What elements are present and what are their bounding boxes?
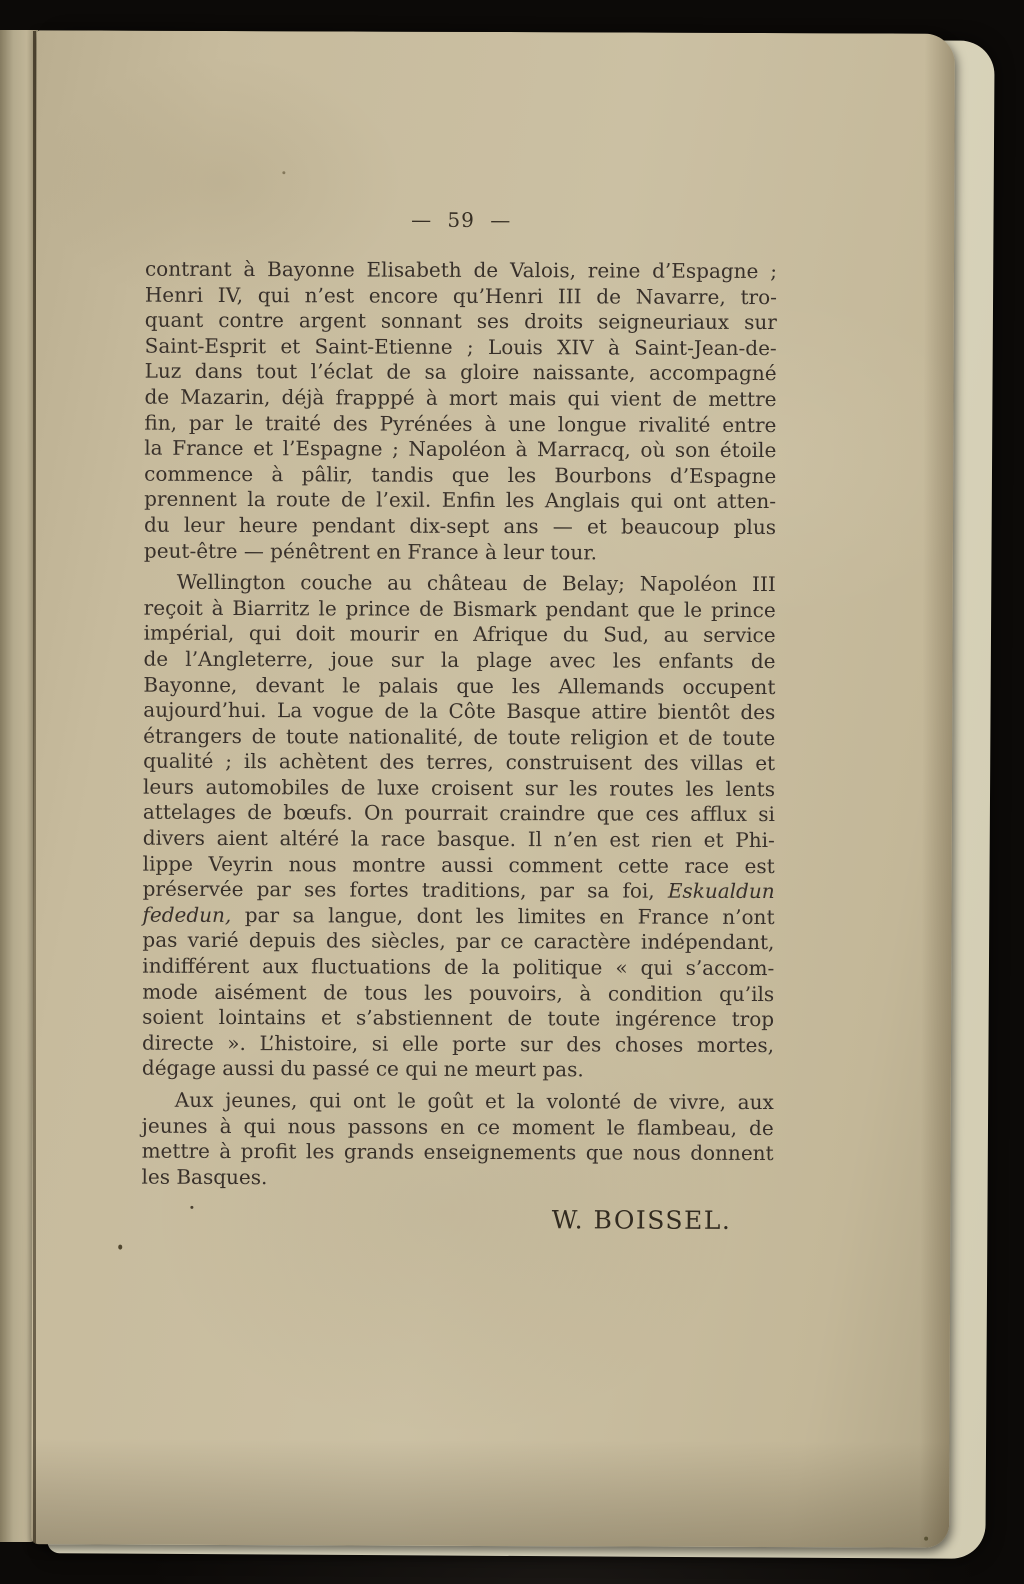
text-line: Henri IV, qui n’est encore qu’Henri III … [145, 282, 777, 310]
text-line: soient lointains et s’abstiennent de tou… [142, 1005, 774, 1033]
text-line: dégage aussi du passé ce qui ne meurt pa… [142, 1056, 774, 1084]
text-line: directe ». L’histoire, si elle porte sur… [142, 1030, 774, 1058]
paper-speck [282, 171, 285, 174]
text-line: étrangers de toute nationalité, de toute… [143, 723, 775, 751]
text-line: la France et l’Espagne ; Napoléon à Marr… [144, 436, 776, 464]
text-line: contrant à Bayonne Elisabeth de Valois, … [145, 257, 777, 285]
text-line: Wellington couche au château de Belay; N… [144, 570, 776, 598]
text-line: reçoit à Biarritz le prince de Bismark p… [144, 595, 776, 623]
text-line: leurs automobiles de luxe croisent sur l… [143, 775, 775, 803]
paper-speck [118, 1245, 122, 1250]
text-line: lippe Veyrin nous montre aussi comment c… [143, 851, 775, 879]
text-line: Bayonne, devant le palais que les Allema… [143, 672, 775, 700]
text-line: aujourd’hui. La vogue de la Côte Basque … [143, 698, 775, 726]
text-line: prennent la route de l’exil. Enfin les A… [144, 487, 776, 515]
text-line: peut-être — pénêtrent en France à leur t… [144, 538, 776, 566]
paragraph-aux-jeunes: Aux jeunes, qui ont le goût et la volont… [141, 1088, 773, 1193]
gutter-crease-line [33, 31, 36, 1543]
text-line: indifférent aux fluctuations de la polit… [142, 954, 774, 982]
paragraph-history-figures: contrant à Bayonne Elisabeth de Valois, … [144, 257, 777, 567]
paper-speck [190, 1206, 193, 1209]
text-line: fededun, par sa langue, dont les limites… [142, 902, 774, 930]
text-line: pas varié depuis des siècles, par ce car… [142, 928, 774, 956]
text-line: Luz dans tout l’éclat de sa gloire naiss… [145, 359, 777, 387]
paper-speck [924, 1537, 928, 1541]
text-line: impérial, qui doit mourir en Afrique du … [144, 621, 776, 649]
text-line: Aux jeunes, qui ont le goût et la volont… [142, 1088, 774, 1116]
text-line: Saint-Esprit et Saint-Etienne ; Louis XI… [145, 333, 777, 361]
text-line: jeunes à qui nous passons en ce moment l… [142, 1113, 774, 1141]
text-line: qualité ; ils achètent des terres, const… [143, 749, 775, 777]
text-line: divers aient altéré la race basque. Il n… [143, 826, 775, 854]
text-line: de l’Angleterre, joue sur la plage avec … [143, 647, 775, 675]
text-line: commence à pâlir, tandis que les Bourbon… [144, 461, 776, 489]
page-text-block: contrant à Bayonne Elisabeth de Valois, … [141, 257, 777, 1234]
text-line: les Basques. [141, 1164, 773, 1192]
page-number: — 59 — [145, 207, 777, 233]
text-line: du leur heure pendant dix-sept ans — et … [144, 513, 776, 541]
text-line: mode aisément de tous les pouvoirs, à co… [142, 979, 774, 1007]
text-line: attelages de bœufs. On pourrait craindre… [143, 800, 775, 828]
paragraph-wellington-basque-race: Wellington couche au château de Belay; N… [142, 570, 776, 1084]
author-signature: W. BOISSEL. [141, 1206, 773, 1234]
text-line: préservée par ses fortes traditions, par… [143, 877, 775, 905]
book-scan-photo: — 59 — contrant à Bayonne Elisabeth de V… [0, 0, 1024, 1584]
text-line: quant contre argent sonnant ses droits s… [145, 308, 777, 336]
text-line: mettre à profit les grands enseignements… [142, 1139, 774, 1167]
text-line: de Mazarin, déjà frapppé à mort mais qui… [144, 385, 776, 413]
text-line: fin, par le traité des Pyrénées à une lo… [144, 410, 776, 438]
book-page: — 59 — contrant à Bayonne Elisabeth de V… [31, 30, 955, 1548]
